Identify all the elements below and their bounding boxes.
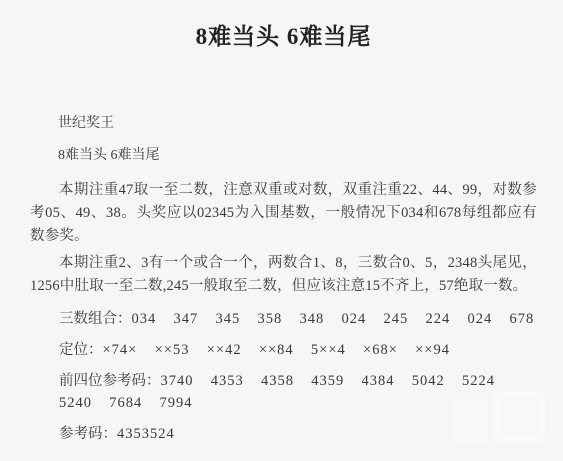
positions-line: 定位：×74× ××53 ××42 ××84 5××4 ×68× ××94 (30, 339, 537, 361)
page-title: 8难当头 6难当尾 (30, 22, 537, 52)
reference-code-line: 参考码：4353524 (30, 423, 537, 445)
reference-code-value: 4353524 (117, 426, 175, 442)
combos-label: 三数组合： (59, 311, 132, 327)
positions-label: 定位： (59, 342, 103, 358)
reference-code-label: 参考码： (59, 426, 117, 442)
combos-values: 034 347 345 358 348 024 245 224 024 678 (132, 311, 535, 327)
four-digit-codes-label: 前四位参考码： (59, 373, 161, 389)
four-digit-codes-line: 前四位参考码：3740 4353 4358 4359 4384 5042 522… (30, 370, 537, 414)
subtitle-line: 8难当头 6难当尾 (30, 148, 537, 164)
analysis-paragraph-1: 本期注重47取一至二数，注意双重或对数，双重注重22、44、99，对数参考05、… (30, 179, 537, 248)
details-section: 三数组合：034 347 345 358 348 024 245 224 024… (30, 308, 537, 445)
document-content: 8难当头 6难当尾 世纪奖王 8难当头 6难当尾 本期注重47取一至二数，注意双… (0, 0, 563, 445)
analysis-paragraph-2: 本期注重2、3有一个或合一个，两数合1、8，三数合0、5，2348头尾见，125… (30, 252, 537, 298)
author-line: 世纪奖王 (30, 116, 537, 132)
document-page: 8难当头 6难当尾 世纪奖王 8难当头 6难当尾 本期注重47取一至二数，注意双… (0, 0, 563, 461)
positions-values: ×74× ××53 ××42 ××84 5××4 ×68× ××94 (103, 342, 451, 358)
three-number-combos-line: 三数组合：034 347 345 358 348 024 245 224 024… (30, 308, 537, 330)
